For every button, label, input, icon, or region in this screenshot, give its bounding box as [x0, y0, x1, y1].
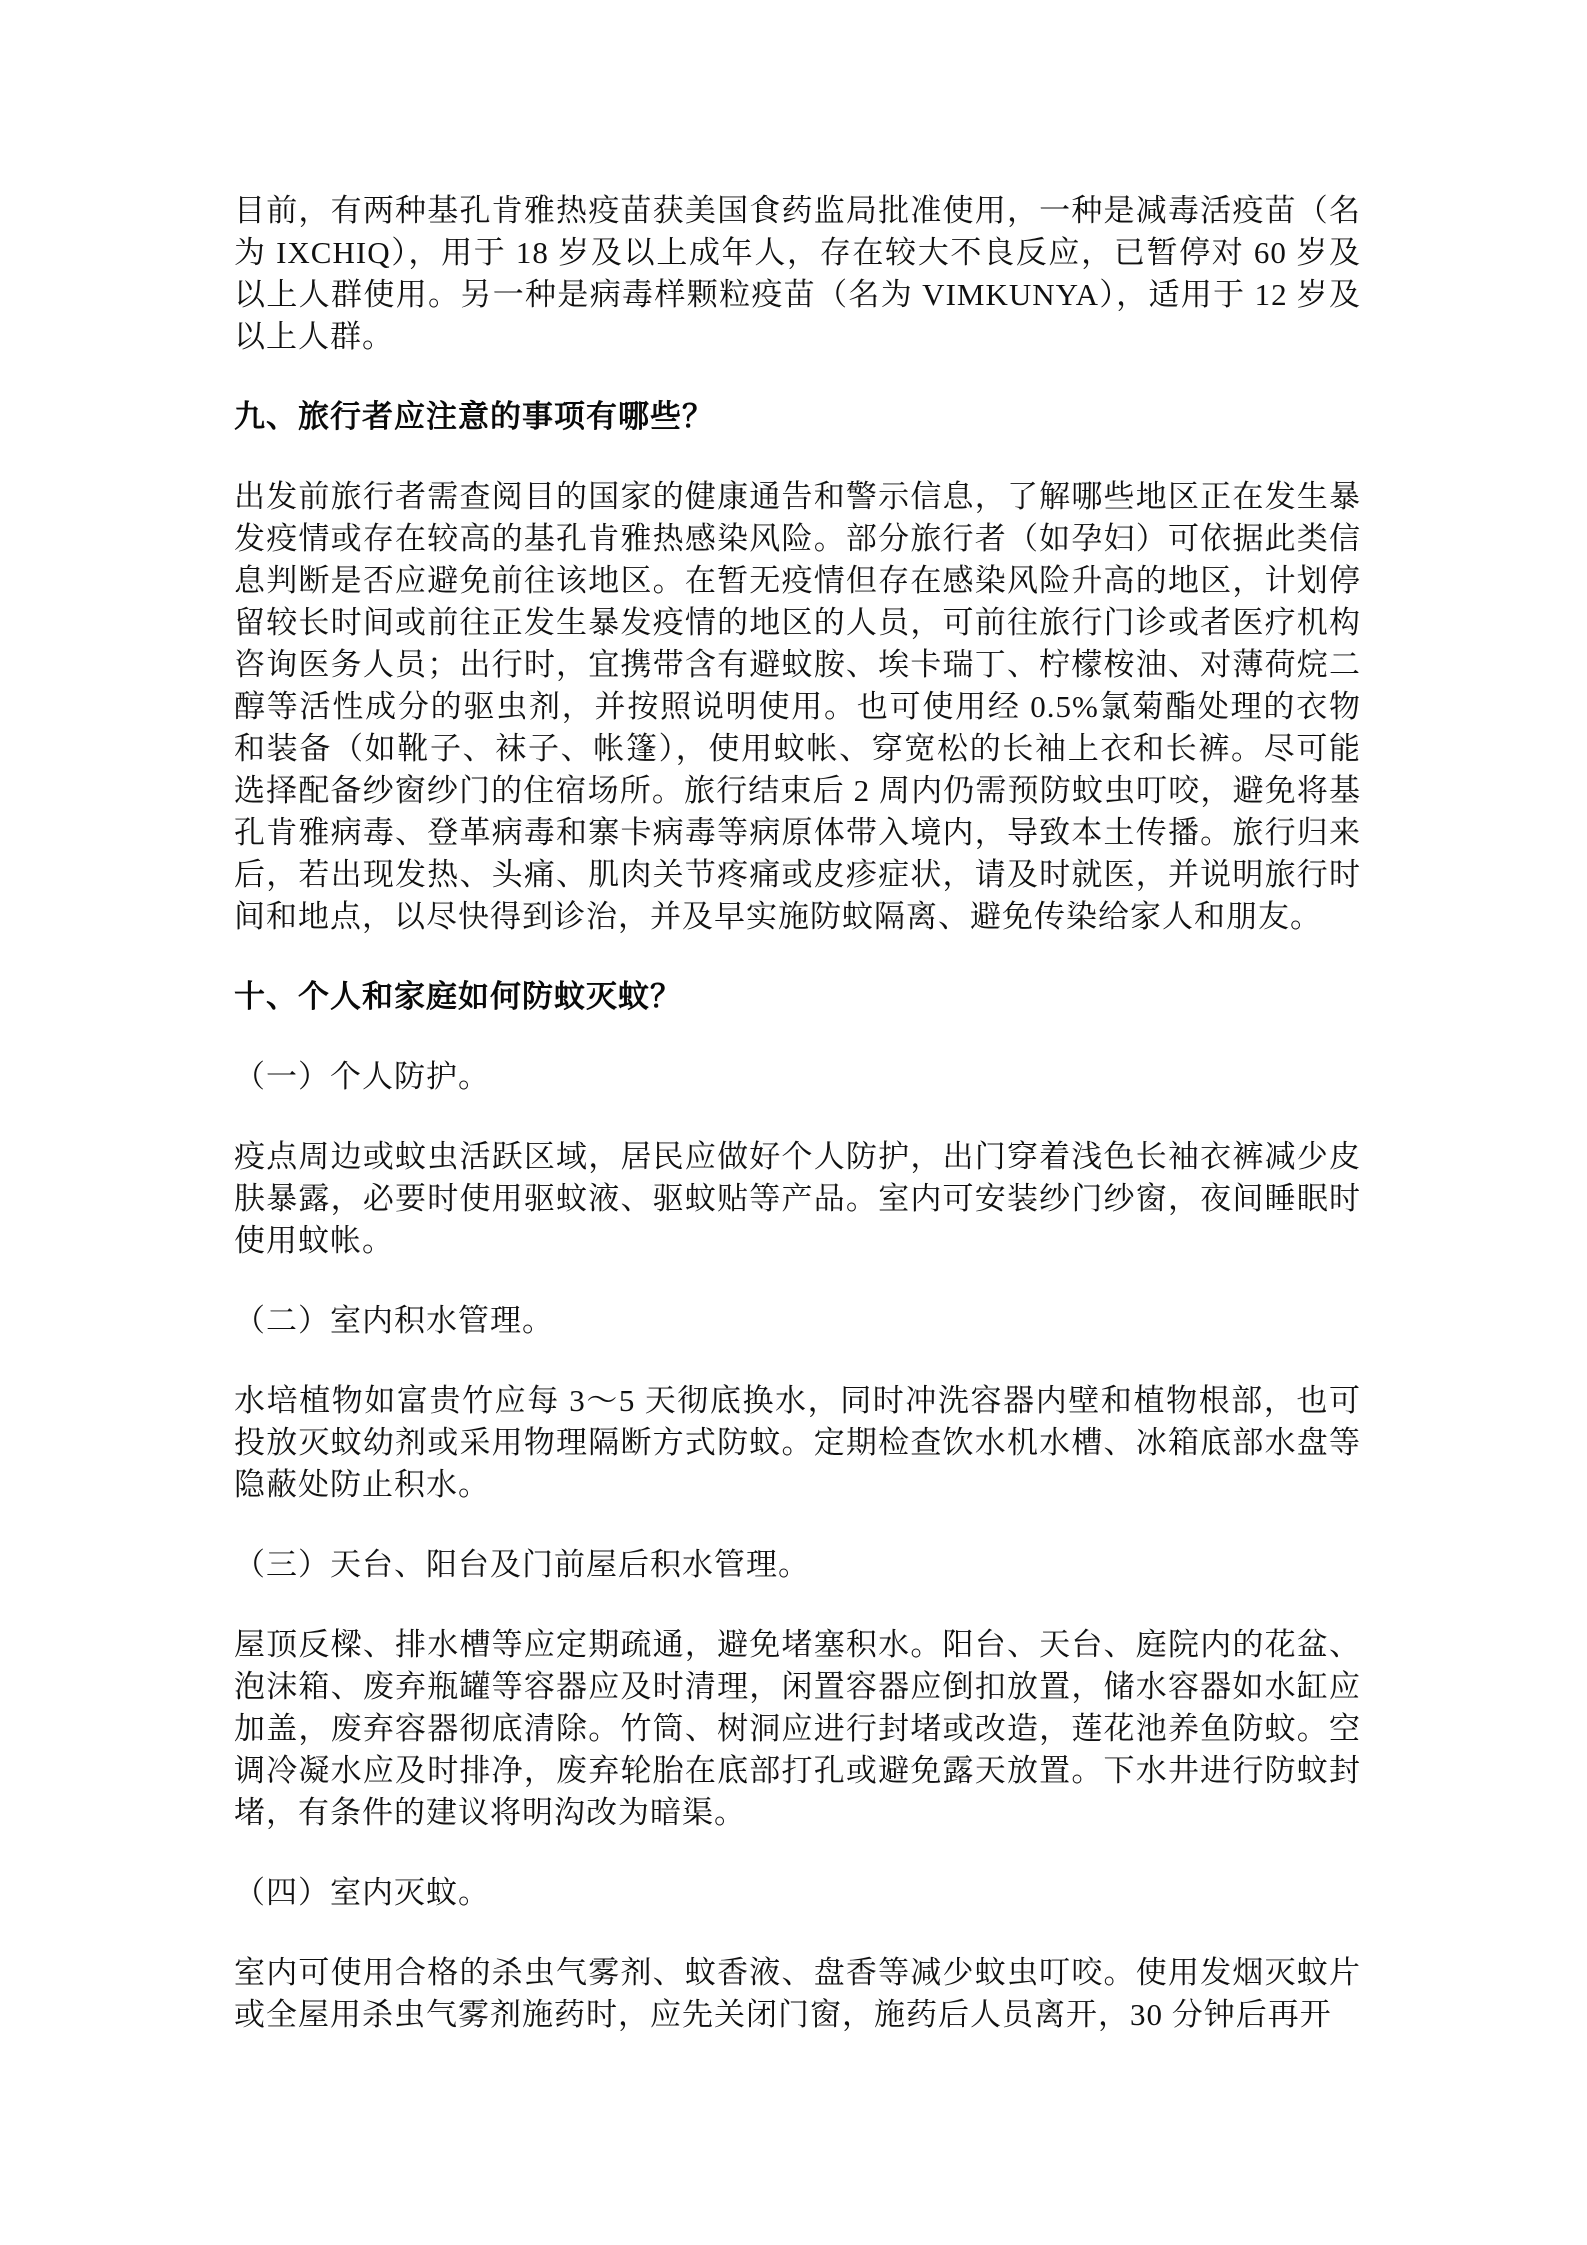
section-heading-ten-mosquito-prevention: 十、个人和家庭如何防蚊灭蚊？ [234, 976, 1361, 1018]
subsection-heading-three-outdoor-water-management: （三）天台、阳台及门前屋后积水管理。 [234, 1544, 1361, 1586]
subsection-heading-one-personal-protection: （一）个人防护。 [234, 1056, 1361, 1098]
paragraph-traveler-advice: 出发前旅行者需查阅目的国家的健康通告和警示信息，了解哪些地区正在发生暴发疫情或存… [234, 476, 1361, 938]
page: 目前，有两种基孔肯雅热疫苗获美国食药监局批准使用，一种是减毒活疫苗（名为 IXC… [0, 0, 1587, 2245]
paragraph-indoor-mosquito-killing: 室内可使用合格的杀虫气雾剂、蚊香液、盘香等减少蚊虫叮咬。使用发烟灭蚊片或全屋用杀… [234, 1952, 1361, 2036]
paragraph-vaccine-approval: 目前，有两种基孔肯雅热疫苗获美国食药监局批准使用，一种是减毒活疫苗（名为 IXC… [234, 190, 1361, 358]
subsection-heading-four-indoor-mosquito-killing: （四）室内灭蚊。 [234, 1872, 1361, 1914]
section-heading-nine-traveler-precautions: 九、旅行者应注意的事项有哪些？ [234, 396, 1361, 438]
subsection-heading-two-indoor-water-management: （二）室内积水管理。 [234, 1300, 1361, 1342]
paragraph-outdoor-water-management: 屋顶反樑、排水槽等应定期疏通，避免堵塞积水。阳台、天台、庭院内的花盆、泡沫箱、废… [234, 1624, 1361, 1834]
paragraph-personal-protection: 疫点周边或蚊虫活跃区域，居民应做好个人防护，出门穿着浅色长袖衣裤减少皮肤暴露，必… [234, 1136, 1361, 1262]
paragraph-indoor-water-management: 水培植物如富贵竹应每 3～5 天彻底换水，同时冲洗容器内壁和植物根部，也可投放灭… [234, 1380, 1361, 1506]
document-screenshot: { "page": { "background": "#ffffff", "te… [0, 0, 1587, 2245]
